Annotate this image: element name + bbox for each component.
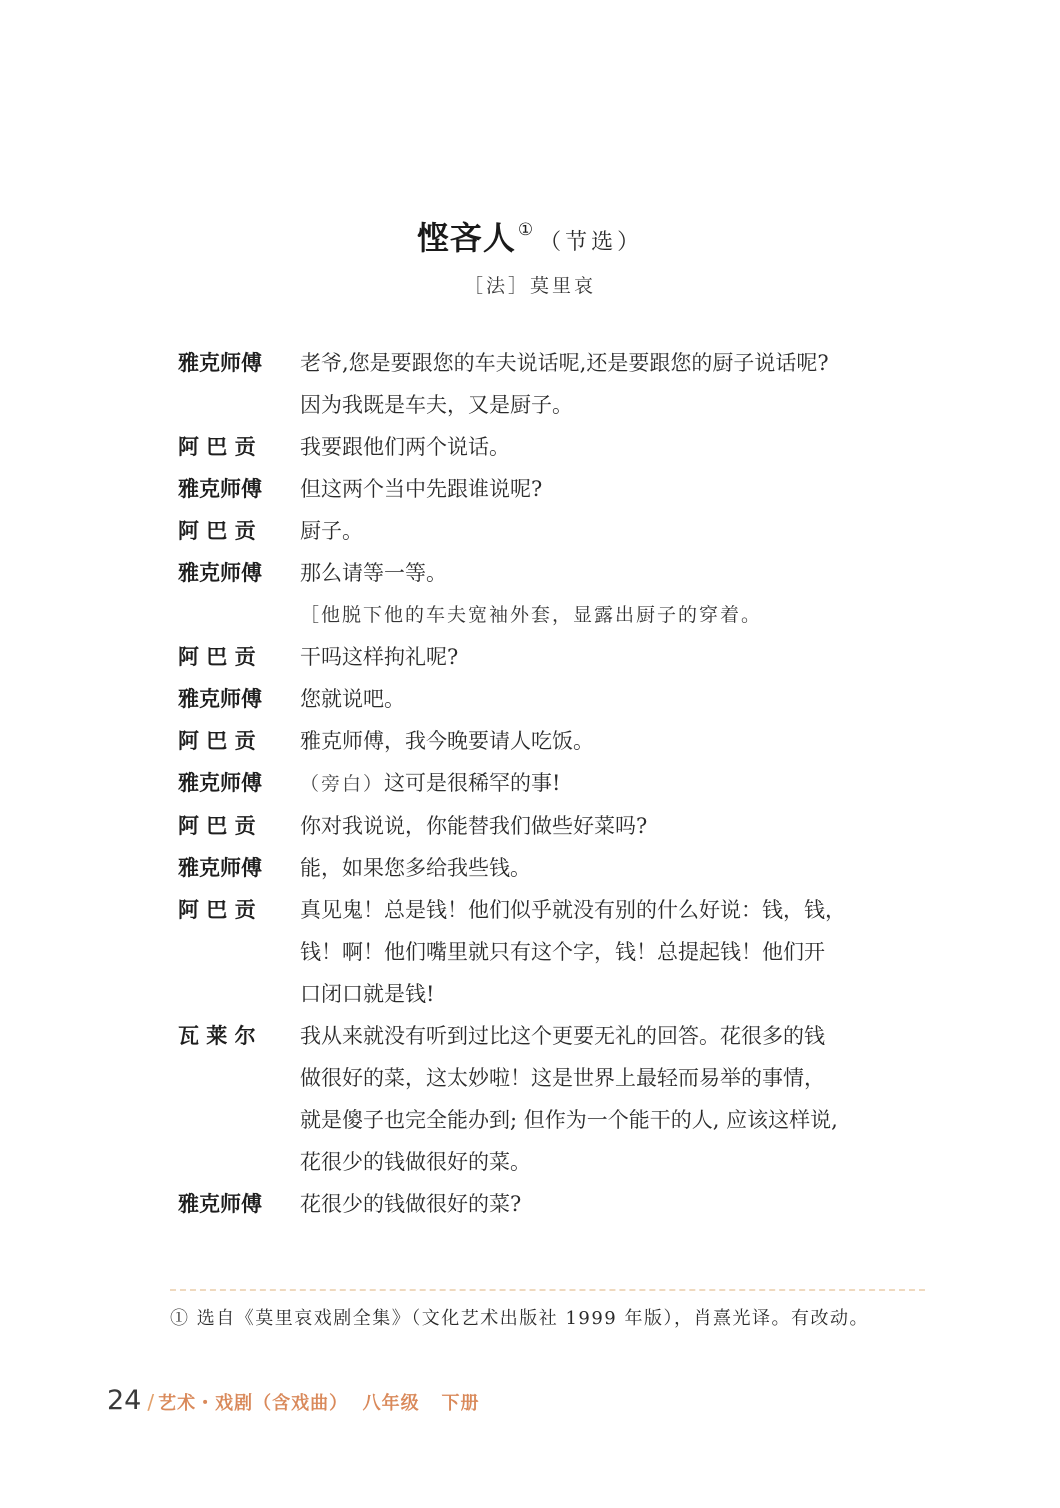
- speech-text: 厨子。: [300, 510, 928, 552]
- speaker-name: 瓦 莱 尔: [178, 1015, 300, 1057]
- dialogue-entry: 雅克师傅 那么请等一等。: [178, 552, 928, 594]
- dialogue-entry: 雅克师傅 花很少的钱做很好的菜?: [178, 1183, 928, 1225]
- speech-line: 口闭口就是钱!: [300, 973, 928, 1015]
- speech-line: （旁白）这可是很稀罕的事!: [300, 762, 928, 805]
- speech-text: 真见鬼！总是钱！他们似乎就没有别的什么好说：钱，钱， 钱！啊！他们嘴里就只有这个…: [300, 889, 928, 1015]
- footnote-divider: [170, 1289, 925, 1291]
- speech-text: （旁白）这可是很稀罕的事!: [300, 762, 928, 805]
- speaker-name: 阿 巴 贡: [178, 889, 300, 931]
- dialogue-entry: 雅克师傅 （旁白）这可是很稀罕的事!: [178, 762, 928, 805]
- page-title: 悭吝人①（节选）: [0, 208, 1060, 265]
- speech-text: 但这两个当中先跟谁说呢?: [300, 468, 928, 510]
- dialogue-entry: 阿 巴 贡 真见鬼！总是钱！他们似乎就没有别的什么好说：钱，钱， 钱！啊！他们嘴…: [178, 889, 928, 1015]
- speech-line-text: 这可是很稀罕的事!: [384, 771, 560, 795]
- aside-direction: （旁白）: [300, 773, 384, 795]
- title-subtitle: （节选）: [539, 230, 643, 255]
- speaker-name: 阿 巴 贡: [178, 426, 300, 468]
- speech-text: 你对我说说，你能替我们做些好菜吗?: [300, 805, 928, 847]
- dialogue-entry: 雅克师傅 但这两个当中先跟谁说呢?: [178, 468, 928, 510]
- speech-line: 雅克师傅，我今晚要请人吃饭。: [300, 720, 928, 762]
- speech-line: 做很好的菜，这太妙啦！这是世界上最轻而易举的事情，: [300, 1057, 928, 1099]
- speech-text: 我从来就没有听到过比这个更要无礼的回答。花很多的钱 做很好的菜，这太妙啦！这是世…: [300, 1015, 928, 1183]
- speech-line: 就是傻子也完全能办到; 但作为一个能干的人, 应该这样说,: [300, 1099, 928, 1141]
- page-number: 24: [107, 1385, 141, 1416]
- speaker-name: 雅克师傅: [178, 762, 300, 804]
- speech-line: 花很少的钱做很好的菜?: [300, 1183, 928, 1225]
- speech-line: 能，如果您多给我些钱。: [300, 847, 928, 889]
- page-footer: 24 / 艺术・戏剧（含戏曲） 八年级 下册: [107, 1385, 479, 1425]
- speaker-name: 雅克师傅: [178, 468, 300, 510]
- footnote: ① 选自《莫里哀戏剧全集》（文化艺术出版社 1999 年版），肖熹光译。有改动。: [170, 1304, 930, 1334]
- speaker-name: 雅克师傅: [178, 678, 300, 720]
- dialogue-entry: 阿 巴 贡 你对我说说，你能替我们做些好菜吗?: [178, 805, 928, 847]
- speech-text: 花很少的钱做很好的菜?: [300, 1183, 928, 1225]
- speaker-name: 雅克师傅: [178, 552, 300, 594]
- dialogue-entry: 阿 巴 贡 雅克师傅，我今晚要请人吃饭。: [178, 720, 928, 762]
- speech-line: 干吗这样拘礼呢?: [300, 636, 928, 678]
- speech-text: 能，如果您多给我些钱。: [300, 847, 928, 889]
- speech-line: 但这两个当中先跟谁说呢?: [300, 468, 928, 510]
- speaker-name: 阿 巴 贡: [178, 636, 300, 678]
- speech-text: 老爷,您是要跟您的车夫说话呢,还是要跟您的厨子说话呢? 因为我既是车夫，又是厨子…: [300, 342, 928, 426]
- speech-line: 钱！啊！他们嘴里就只有这个字，钱！总提起钱！他们开: [300, 931, 928, 973]
- dialogue-entry: 阿 巴 贡 我要跟他们两个说话。: [178, 426, 928, 468]
- speaker-name: 阿 巴 贡: [178, 510, 300, 552]
- dialogue-entry: 雅克师傅 您就说吧。: [178, 678, 928, 720]
- footnote-marker[interactable]: ①: [518, 220, 533, 240]
- author-line: ［法］莫里哀: [0, 272, 1060, 300]
- dialogue-entry: 阿 巴 贡 厨子。: [178, 510, 928, 552]
- speech-line: 厨子。: [300, 510, 928, 552]
- speech-line: 您就说吧。: [300, 678, 928, 720]
- book-title: 艺术・戏剧（含戏曲） 八年级 下册: [158, 1389, 479, 1415]
- speech-line: 那么请等一等。: [300, 552, 928, 594]
- speaker-name: 雅克师傅: [178, 342, 300, 384]
- stage-direction: ［他脱下他的车夫宽袖外套，显露出厨子的穿着。: [300, 594, 928, 636]
- speech-line: 老爷,您是要跟您的车夫说话呢,还是要跟您的厨子说话呢?: [300, 342, 928, 384]
- dialogue-entry: 雅克师傅 能，如果您多给我些钱。: [178, 847, 928, 889]
- speech-line: 花很少的钱做很好的菜。: [300, 1141, 928, 1183]
- speaker-name: 阿 巴 贡: [178, 805, 300, 847]
- speech-text: 我要跟他们两个说话。: [300, 426, 928, 468]
- speech-text: 干吗这样拘礼呢?: [300, 636, 928, 678]
- speech-text: 雅克师傅，我今晚要请人吃饭。: [300, 720, 928, 762]
- dialogue-entry: 雅克师傅 老爷,您是要跟您的车夫说话呢,还是要跟您的厨子说话呢? 因为我既是车夫…: [178, 342, 928, 426]
- script-dialogue: 雅克师傅 老爷,您是要跟您的车夫说话呢,还是要跟您的厨子说话呢? 因为我既是车夫…: [178, 342, 928, 1225]
- speech-text: 您就说吧。: [300, 678, 928, 720]
- stage-direction-entry: ［他脱下他的车夫宽袖外套，显露出厨子的穿着。: [178, 594, 928, 636]
- footer-separator: /: [147, 1390, 154, 1414]
- dialogue-entry: 瓦 莱 尔 我从来就没有听到过比这个更要无礼的回答。花很多的钱 做很好的菜，这太…: [178, 1015, 928, 1183]
- speaker-name: 阿 巴 贡: [178, 720, 300, 762]
- speech-text: 那么请等一等。: [300, 552, 928, 594]
- speech-line: 你对我说说，你能替我们做些好菜吗?: [300, 805, 928, 847]
- speech-line: 我从来就没有听到过比这个更要无礼的回答。花很多的钱: [300, 1015, 928, 1057]
- speech-line: 因为我既是车夫，又是厨子。: [300, 384, 928, 426]
- speaker-name: 雅克师傅: [178, 847, 300, 889]
- dialogue-entry: 阿 巴 贡 干吗这样拘礼呢?: [178, 636, 928, 678]
- speech-line: 真见鬼！总是钱！他们似乎就没有别的什么好说：钱，钱，: [300, 889, 928, 931]
- speech-line: 我要跟他们两个说话。: [300, 426, 928, 468]
- title-main: 悭吝人: [417, 219, 516, 257]
- speaker-name: 雅克师傅: [178, 1183, 300, 1225]
